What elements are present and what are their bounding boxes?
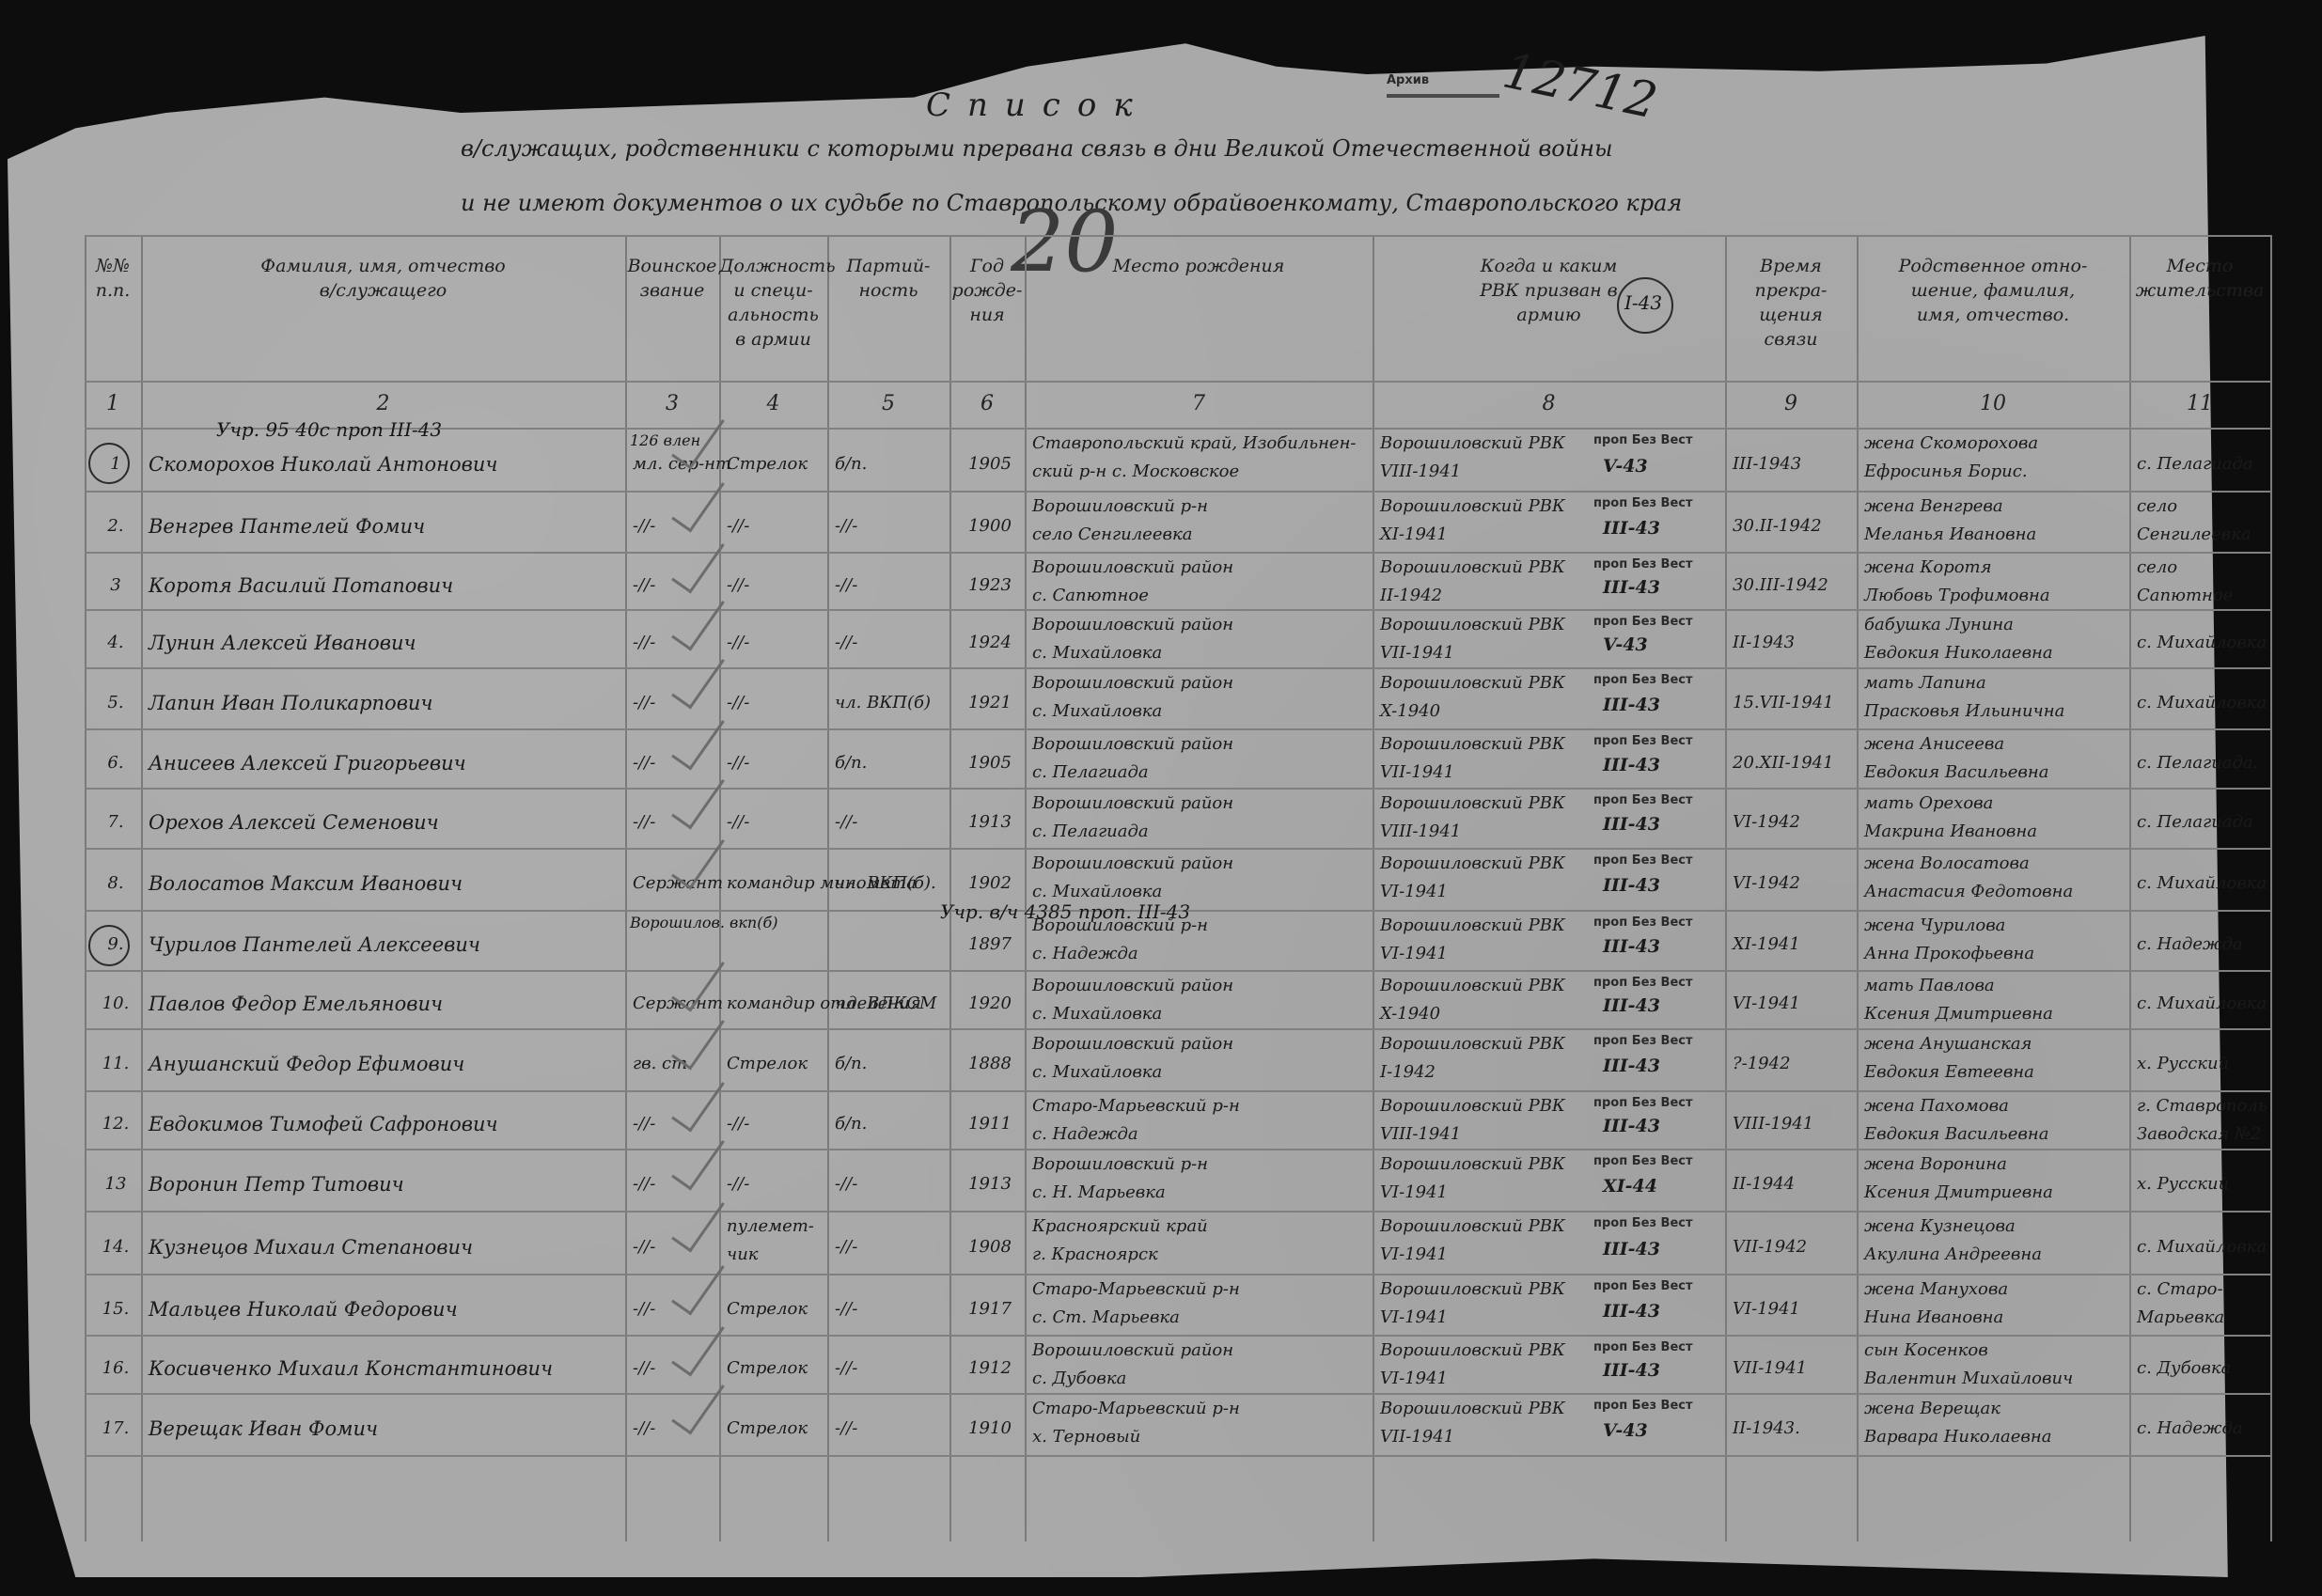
- cell-n: 14.: [92, 1233, 139, 1261]
- cell-loss: XI-44: [1603, 1172, 1657, 1200]
- cell-n: 15.: [92, 1295, 139, 1323]
- cell-stop: VI-1942: [1733, 869, 1855, 898]
- cell-party: чл. ВЛКСМ: [835, 990, 948, 1018]
- column-divider: [1373, 235, 1374, 1541]
- cell-party: -//-: [835, 1354, 948, 1383]
- cell-relative: жена Пахомова Евдокия Васильевна: [1864, 1092, 2127, 1149]
- cell-position: -//-: [727, 571, 825, 600]
- cell-name: Чурилов Пантелей Алексеевич: [149, 931, 623, 959]
- cell-residence: с. Пелагиада.: [2137, 749, 2268, 777]
- cell-year: 1910: [957, 1415, 1023, 1443]
- cell-stop: ?-1942: [1733, 1050, 1855, 1078]
- missing-in-action-stamp: проп Без Вест: [1593, 1279, 1693, 1293]
- cell-position: -//-: [727, 1170, 825, 1198]
- cell-loss: III-43: [1603, 992, 1660, 1020]
- missing-in-action-stamp: проп Без Вест: [1593, 615, 1693, 629]
- cell-relative: жена Волосатова Анастасия Федотовна: [1864, 850, 2127, 906]
- cell-stop: 20.XII-1941: [1733, 749, 1855, 777]
- cell-party: -//-: [835, 1170, 948, 1198]
- cell-name: Воронин Петр Титович: [149, 1170, 623, 1198]
- cell-residence: с. Дубовка: [2137, 1354, 2268, 1383]
- column-number: 8: [1373, 392, 1725, 415]
- column-divider: [85, 235, 86, 1541]
- row-number-circle: [88, 443, 130, 484]
- row-annotation: Учр. в/ч 4385 проп. III-43: [940, 900, 1190, 923]
- column-header: Партий- ность: [827, 254, 949, 303]
- cell-n: 2.: [92, 512, 139, 540]
- cell-name: Анушанский Федор Ефимович: [149, 1050, 623, 1078]
- cell-n: 13: [92, 1170, 139, 1198]
- cell-relative: жена Анисеева Евдокия Васильевна: [1864, 730, 2127, 787]
- cell-name: Верещак Иван Фомич: [149, 1415, 623, 1443]
- row-rule: [85, 1455, 2270, 1457]
- missing-in-action-stamp: проп Без Вест: [1593, 1340, 1693, 1354]
- column-number: 9: [1725, 392, 1857, 415]
- cell-relative: жена Верещак Варвара Николаевна: [1864, 1395, 2127, 1451]
- cell-residence: х. Русский: [2137, 1050, 2268, 1078]
- cell-loss: III-43: [1603, 1356, 1660, 1385]
- cell-year: 1911: [957, 1110, 1023, 1138]
- cell-name: Венгрев Пантелей Фомич: [149, 512, 623, 540]
- row-annotation: Учр. 95 40с проп III-43: [216, 418, 442, 441]
- archive-stamp-line: [1387, 94, 1499, 98]
- column-divider: [1857, 235, 1859, 1541]
- cell-loss: V-43: [1603, 1416, 1648, 1445]
- cell-year: 1917: [957, 1295, 1023, 1323]
- cell-n: 11.: [92, 1050, 139, 1078]
- cell-relative: жена Манухова Нина Ивановна: [1864, 1275, 2127, 1332]
- column-header: Фамилия, имя, отчество в/служащего: [141, 254, 625, 303]
- cell-stop: 30.II-1942: [1733, 512, 1855, 540]
- column-number: 5: [827, 392, 949, 415]
- cell-relative: жена Анушанская Евдокия Евтеевна: [1864, 1030, 2127, 1087]
- cell-year: 1924: [957, 629, 1023, 657]
- column-header: Воинское звание: [625, 254, 719, 303]
- cell-stop: 30.III-1942: [1733, 571, 1855, 600]
- cell-birthplace: Ворошиловский район с. Пелагиада: [1032, 790, 1371, 846]
- cell-loss: III-43: [1603, 1112, 1660, 1140]
- column-divider: [1025, 235, 1027, 1541]
- column-divider: [625, 235, 627, 1541]
- cell-party: чл. ВКП(б): [835, 689, 948, 717]
- cell-relative: жена Венгрева Меланья Ивановна: [1864, 493, 2127, 549]
- cell-name: Лапин Иван Поликарпович: [149, 689, 623, 717]
- cell-relative: бабушка Лунина Евдокия Николаевна: [1864, 611, 2127, 667]
- cell-stop: VI-1942: [1733, 808, 1855, 837]
- cell-name: Косивченко Михаил Константинович: [149, 1354, 623, 1383]
- cell-loss: V-43: [1603, 631, 1648, 659]
- cell-residence: с. Михайловка: [2137, 689, 2268, 717]
- cell-year: 1905: [957, 450, 1023, 478]
- header-rule: [85, 381, 2270, 383]
- cell-n: 5.: [92, 689, 139, 717]
- cell-birthplace: Ворошиловский район с. Дубовка: [1032, 1337, 1371, 1393]
- cell-loss: III-43: [1603, 1235, 1660, 1263]
- cell-relative: жена Чурилова Анна Прокофьевна: [1864, 912, 2127, 968]
- cell-birthplace: Ворошиловский район с. Сапютное: [1032, 554, 1371, 610]
- cell-birthplace: Ворошиловский район с. Михайловка: [1032, 611, 1371, 667]
- column-header: Место жительства: [2129, 254, 2270, 303]
- cell-birthplace: Старо-Марьевский р-н с. Надежда: [1032, 1092, 1371, 1149]
- cell-n: 8.: [92, 869, 139, 898]
- cell-year: 1897: [957, 931, 1023, 959]
- column-header: №№ п.п.: [85, 254, 141, 303]
- cell-position: -//-: [727, 808, 825, 837]
- row-number-circle: [88, 925, 130, 966]
- column-number: 1: [85, 392, 141, 415]
- column-number: 10: [1857, 392, 2129, 415]
- cell-loss: III-43: [1603, 1052, 1660, 1080]
- cell-party: -//-: [835, 1233, 948, 1261]
- cell-position: -//-: [727, 629, 825, 657]
- cell-birthplace: Красноярский край г. Красноярск: [1032, 1213, 1371, 1269]
- cell-name: Кузнецов Михаил Степанович: [149, 1233, 623, 1261]
- missing-in-action-stamp: проп Без Вест: [1593, 1154, 1693, 1168]
- cell-stop: 15.VII-1941: [1733, 689, 1855, 717]
- cell-position: пулемет- чик: [727, 1213, 825, 1269]
- cell-relative: мать Лапина Прасковья Ильинична: [1864, 669, 2127, 726]
- cell-name: Мальцев Николай Федорович: [149, 1295, 623, 1323]
- cell-loss: III-43: [1603, 1297, 1660, 1325]
- cell-position: Стрелок: [727, 1295, 825, 1323]
- cell-stop: II-1944: [1733, 1170, 1855, 1198]
- cell-stop: III-1943: [1733, 450, 1855, 478]
- cell-position: -//-: [727, 1110, 825, 1138]
- cell-party: б/п.: [835, 1110, 948, 1138]
- cell-party: -//-: [835, 1295, 948, 1323]
- cell-residence: село Сапютное: [2137, 554, 2268, 610]
- cell-relative: мать Павлова Ксения Дмитриевна: [1864, 972, 2127, 1028]
- column-header: Родственное отно- шение, фамилия, имя, о…: [1857, 254, 2129, 327]
- cell-stop: VII-1942: [1733, 1233, 1855, 1261]
- cell-loss: III-43: [1603, 871, 1660, 900]
- cell-residence: г. Ставрополь Заводская №2: [2137, 1092, 2268, 1149]
- missing-in-action-stamp: проп Без Вест: [1593, 1399, 1693, 1413]
- missing-in-action-stamp: проп Без Вест: [1593, 673, 1693, 687]
- cell-relative: жена Кузнецова Акулина Андреевна: [1864, 1213, 2127, 1269]
- cell-party: -//-: [835, 571, 948, 600]
- cell-year: 1888: [957, 1050, 1023, 1078]
- cell-birthplace: Ворошиловский район с. Михайловка: [1032, 669, 1371, 726]
- cell-loss: III-43: [1603, 751, 1660, 779]
- cell-position: командир миномета: [727, 869, 825, 898]
- missing-in-action-stamp: проп Без Вест: [1593, 793, 1693, 807]
- cell-position: -//-: [727, 689, 825, 717]
- cell-relative: жена Коротя Любовь Трофимовна: [1864, 554, 2127, 610]
- column-header: Когда и каким РВК призван в армию: [1373, 254, 1725, 327]
- cell-name: Павлов Федор Емельянович: [149, 990, 623, 1018]
- column-header: Должность и специ- альность в армии: [719, 254, 827, 352]
- cell-birthplace: Ворошиловский р-н с. Н. Марьевка: [1032, 1150, 1371, 1207]
- column-header: Место рождения: [1025, 254, 1373, 278]
- cell-year: 1912: [957, 1354, 1023, 1383]
- cell-stop: VII-1941: [1733, 1354, 1855, 1383]
- cell-party: чл. ВКП(б).: [835, 869, 948, 898]
- cell-birthplace: Ворошиловский район с. Михайловка: [1032, 1030, 1371, 1087]
- missing-in-action-stamp: проп Без Вест: [1593, 496, 1693, 510]
- cell-year: 1921: [957, 689, 1023, 717]
- cell-residence: с. Надежда: [2137, 931, 2268, 959]
- cell-name: Коротя Василий Потапович: [149, 571, 623, 600]
- cell-n: 12.: [92, 1110, 139, 1138]
- cell-party: б/п.: [835, 450, 948, 478]
- cell-stop: VIII-1941: [1733, 1110, 1855, 1138]
- cell-position: командир отделения: [727, 990, 825, 1018]
- cell-relative: мать Орехова Макрина Ивановна: [1864, 790, 2127, 846]
- column-divider: [1725, 235, 1727, 1541]
- cell-year: 1913: [957, 808, 1023, 837]
- cell-residence: с. Михайловка: [2137, 869, 2268, 898]
- cell-position: Стрелок: [727, 1354, 825, 1383]
- missing-in-action-stamp: проп Без Вест: [1593, 734, 1693, 748]
- cell-party: -//-: [835, 512, 948, 540]
- column-number: 11: [2129, 392, 2270, 415]
- column-number: 7: [1025, 392, 1373, 415]
- cell-year: 1908: [957, 1233, 1023, 1261]
- missing-in-action-stamp: проп Без Вест: [1593, 1096, 1693, 1110]
- cell-position: Стрелок: [727, 1415, 825, 1443]
- cell-residence: с. Пелагиада: [2137, 450, 2268, 478]
- cell-position: Стрелок: [727, 450, 825, 478]
- cell-residence: с. Старо- Марьевка: [2137, 1275, 2268, 1332]
- cell-residence: с. Михайловка: [2137, 629, 2268, 657]
- header-rule: [85, 235, 2270, 237]
- cell-position: -//-: [727, 512, 825, 540]
- missing-in-action-stamp: проп Без Вест: [1593, 1034, 1693, 1048]
- missing-in-action-stamp: проп Без Вест: [1593, 557, 1693, 571]
- missing-in-action-stamp: проп Без Вест: [1593, 433, 1693, 447]
- cell-birthplace: Ставропольский край, Изобильнен- ский р-…: [1032, 430, 1371, 486]
- cell-name: Волосатов Максим Иванович: [149, 869, 623, 898]
- cell-residence: с. Пелагиада: [2137, 808, 2268, 837]
- cell-loss: V-43: [1603, 452, 1648, 480]
- cell-n: 4.: [92, 629, 139, 657]
- cell-loss: III-43: [1603, 514, 1660, 542]
- rank-annotation: 126 влен: [630, 431, 700, 449]
- cell-name: Анисеев Алексей Григорьевич: [149, 749, 623, 777]
- cell-loss: III-43: [1603, 810, 1660, 838]
- cell-name: Скоморохов Николай Антонович: [149, 450, 623, 478]
- cell-birthplace: Ворошиловский район с. Пелагиада: [1032, 730, 1371, 787]
- cell-party: -//-: [835, 629, 948, 657]
- cell-stop: II-1943.: [1733, 1415, 1855, 1443]
- column-number: 4: [719, 392, 827, 415]
- missing-in-action-stamp: проп Без Вест: [1593, 915, 1693, 930]
- cell-stop: VI-1941: [1733, 1295, 1855, 1323]
- cell-birthplace: Старо-Марьевский р-н с. Ст. Марьевка: [1032, 1275, 1371, 1332]
- rank-annotation: Ворошилов. вкп(б): [630, 914, 777, 931]
- cell-loss: III-43: [1603, 573, 1660, 602]
- column-divider: [141, 235, 143, 1541]
- cell-year: 1900: [957, 512, 1023, 540]
- cell-position: Стрелок: [727, 1050, 825, 1078]
- cell-residence: село Сенгилеевка: [2137, 493, 2268, 549]
- cell-stop: II-1943: [1733, 629, 1855, 657]
- cell-residence: с. Михайловка: [2137, 1233, 2268, 1261]
- cell-residence: х. Русский: [2137, 1170, 2268, 1198]
- cell-stop: VI-1941: [1733, 990, 1855, 1018]
- cell-loss: III-43: [1603, 691, 1660, 719]
- cell-year: 1923: [957, 571, 1023, 600]
- cell-position: -//-: [727, 749, 825, 777]
- cell-party: б/п.: [835, 749, 948, 777]
- cell-n: 3: [92, 571, 139, 600]
- cell-year: 1913: [957, 1170, 1023, 1198]
- column-divider: [2270, 235, 2272, 1541]
- cell-n: 6.: [92, 749, 139, 777]
- cell-year: 1920: [957, 990, 1023, 1018]
- cell-birthplace: Ворошиловский район с. Михайловка: [1032, 850, 1371, 906]
- column-number: 6: [949, 392, 1025, 415]
- cell-relative: жена Воронина Ксения Дмитриевна: [1864, 1150, 2127, 1207]
- cell-year: 1902: [957, 869, 1023, 898]
- cell-name: Лунин Алексей Иванович: [149, 629, 623, 657]
- archive-stamp-label: Архив: [1387, 73, 1429, 87]
- cell-n: 17.: [92, 1415, 139, 1443]
- column-divider: [2129, 235, 2131, 1541]
- missing-in-action-stamp: проп Без Вест: [1593, 1216, 1693, 1230]
- cell-name: Орехов Алексей Семенович: [149, 808, 623, 837]
- cell-year: 1905: [957, 749, 1023, 777]
- missing-in-action-stamp: проп Без Вест: [1593, 976, 1693, 990]
- column-header: Время прекра- щения связи: [1725, 254, 1857, 352]
- cell-relative: сын Косенков Валентин Михайлович: [1864, 1337, 2127, 1393]
- cell-n: 7.: [92, 808, 139, 837]
- cell-residence: с. Надежда: [2137, 1415, 2268, 1443]
- column-header: Год рожде- ния: [949, 254, 1025, 327]
- cell-birthplace: Старо-Марьевский р-н х. Терновый: [1032, 1395, 1371, 1451]
- column-number: 2: [141, 392, 625, 415]
- cell-birthplace: Ворошиловский р-н село Сенгилеевка: [1032, 493, 1371, 549]
- cell-stop: XI-1941: [1733, 931, 1855, 959]
- cell-party: -//-: [835, 808, 948, 837]
- column-divider: [949, 235, 951, 1541]
- cell-name: Евдокимов Тимофей Сафронович: [149, 1110, 623, 1138]
- cell-relative: жена Скоморохова Ефросинья Борис.: [1864, 430, 2127, 486]
- document-subtitle-line1: в/служащих, родственники с которыми прер…: [461, 135, 1613, 162]
- cell-residence: с. Михайловка: [2137, 990, 2268, 1018]
- cell-n: 10.: [92, 990, 139, 1018]
- cell-n: 16.: [92, 1354, 139, 1383]
- cell-party: -//-: [835, 1415, 948, 1443]
- cell-party: б/п.: [835, 1050, 948, 1078]
- missing-in-action-stamp: проп Без Вест: [1593, 853, 1693, 868]
- document-title: Список: [926, 86, 1150, 124]
- cell-birthplace: Ворошиловский район с. Михайловка: [1032, 972, 1371, 1028]
- cell-loss: III-43: [1603, 932, 1660, 961]
